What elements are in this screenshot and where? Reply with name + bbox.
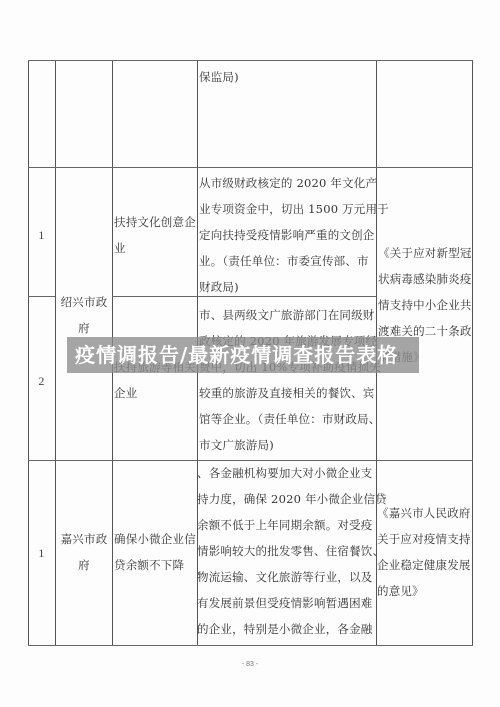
content-line: 情影响较大的批发零售、住宿餐饮、 [197, 538, 377, 564]
row-divider-1 [28, 167, 473, 168]
content-line: 余额不低于上年同期余额。对受疫 [197, 512, 377, 538]
source-line: 情支持中小企业共 [378, 292, 472, 318]
table-border-bottom [28, 645, 473, 646]
measure-line: 企业 [114, 380, 197, 406]
content-line: 较重的旅游及直接相关的餐饮、宾 [199, 380, 377, 406]
seq-cell: 1 [28, 222, 55, 248]
row-divider-2a [28, 296, 55, 297]
source-line: 关于应对疫情支持 [377, 526, 472, 552]
content-line: 、各金融机构要加大对小微企业支 [197, 460, 377, 486]
seq-cell: 2 [28, 368, 55, 394]
seq-number: 1 [38, 546, 44, 560]
issuer-line: 嘉兴市政 [56, 526, 112, 552]
cell-text: 保监局) [199, 70, 239, 84]
content-line: 馆等企业。（责任单位：市财政局、 [199, 406, 377, 432]
issuer-cell: 嘉兴市政 府 [56, 526, 112, 578]
measure-line: 扶持文化创意企 [114, 209, 197, 235]
measure-cell: 确保小微企业信 贷余额不下降 [114, 526, 197, 578]
source-line: 《关于应对新型冠 [378, 240, 472, 266]
seq-number: 2 [38, 374, 44, 388]
content-line: 持力度，确保 2020 年小微企业信贷 [197, 486, 377, 512]
seq-cell: 1 [28, 540, 55, 566]
measure-line: 业 [114, 235, 197, 261]
issuer-line: 绍兴市政 [56, 289, 112, 315]
source-line: 状病毒感染肺炎疫 [378, 266, 472, 292]
content-line: 业。（责任单位：市委宣传部、市 [199, 248, 377, 274]
measure-line: 贷余额不下降 [114, 552, 197, 578]
banner-title: 疫情调报告/最新疫情调查报告表格 [75, 340, 398, 370]
content-line: 市、县两级文广旅游部门在同级财 [199, 302, 377, 328]
content-line: 定向扶持受疫情影响严重的文创企 [199, 222, 377, 248]
content-line: 财政局) [199, 274, 377, 300]
content-line: 有发展前景但受疫情影响暂遇困难 [197, 590, 377, 616]
content-line: 业专项资金中，切出 1500 万元用于 [199, 196, 377, 222]
content-line: 的企业，特别是小微企业，各金融 [197, 616, 377, 642]
content-cell: 从市级财政核定的 2020 年文化产 业专项资金中，切出 1500 万元用于 定… [199, 170, 377, 300]
content-line: 物流运输、文化旅游等行业，以及 [197, 564, 377, 590]
measure-cell: 扶持文化创意企 业 [114, 209, 197, 261]
source-line: 《嘉兴市人民政府 [377, 500, 472, 526]
source-document-cell: 《嘉兴市人民政府 关于应对疫情支持 企业稳定健康发展 的意见》 [377, 500, 472, 604]
content-cell: 、各金融机构要加大对小微企业支 持力度，确保 2020 年小微企业信贷 余额不低… [197, 460, 377, 642]
document-page: 保监局) 1 绍兴市政 府 扶持文化创意企 业 从市级财政核定的 2020 年文… [0, 0, 500, 707]
content-cell: 市、县两级文广旅游部门在同级财 政核定的 2020 年旅游发展专项经 费中，切出… [199, 302, 377, 458]
measure-line: 确保小微企业信 [114, 526, 197, 552]
table-border-top [28, 60, 473, 61]
issuer-cell: 绍兴市政 府 [56, 289, 112, 341]
source-line: 企业稳定健康发展 [377, 552, 472, 578]
content-line: 从市级财政核定的 2020 年文化产 [199, 170, 377, 196]
table-border-right [472, 60, 473, 646]
content-line: 市文广旅游局) [199, 432, 377, 458]
page-number: - 83 - [0, 661, 500, 668]
seq-number: 1 [38, 228, 44, 242]
title-banner: 疫情调报告/最新疫情调查报告表格 [67, 337, 419, 373]
content-cell-continued: 保监局) [199, 64, 374, 90]
source-line: 的意见》 [377, 578, 472, 604]
issuer-line: 府 [56, 552, 112, 578]
